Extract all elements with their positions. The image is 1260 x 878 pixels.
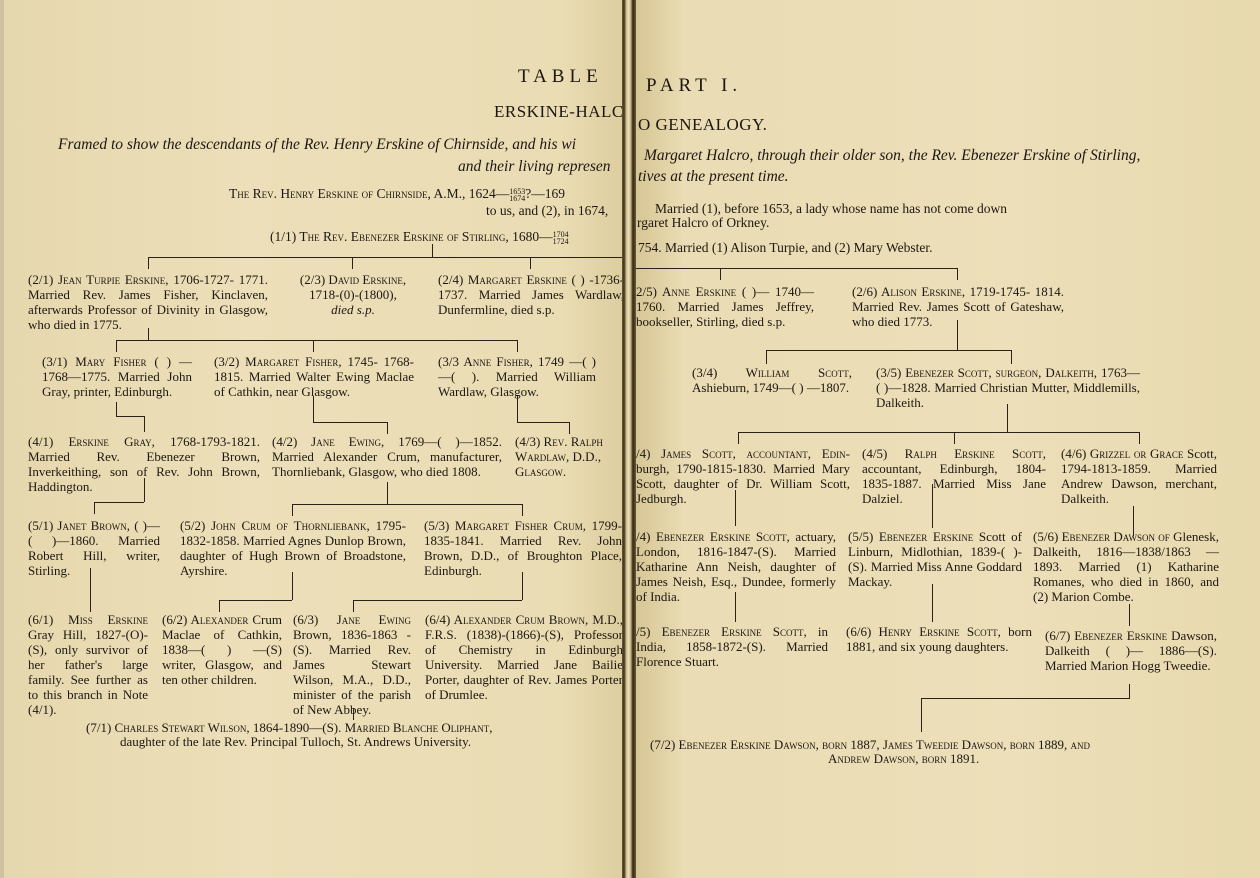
connector	[292, 572, 293, 600]
connector	[94, 502, 95, 514]
connector	[957, 320, 958, 350]
intro-line1-right: Margaret Halcro, through their older son…	[644, 148, 1140, 164]
connector	[313, 340, 314, 352]
entry-6-6: (6/6) Henry Erskine Scott, born 1881, an…	[846, 624, 1032, 654]
connector	[738, 432, 739, 444]
entry-6-1: (6/1) Miss Erskine Gray Hill, 1827-(O)-(…	[28, 612, 148, 717]
connector	[517, 340, 518, 352]
connector	[353, 600, 522, 601]
entry-2-4: (2/4) Margaret Erskine ( ) -1736-1737. M…	[438, 272, 624, 317]
connector	[738, 432, 1140, 433]
connector	[735, 490, 736, 526]
entry-5-2: (5/2) John Crum of Thornliebank, 1795-18…	[180, 518, 406, 578]
connector	[148, 257, 149, 269]
connector	[90, 568, 91, 612]
entry-7-1-cont: daughter of the late Rev. Principal Tull…	[120, 734, 620, 749]
connector	[352, 257, 353, 269]
entry-3-4: (3/4) William Scott, Ashieburn, 1749—( )…	[692, 365, 852, 395]
intro-line2-right: tives at the present time.	[638, 169, 789, 185]
connector	[921, 698, 922, 732]
connector	[957, 268, 958, 280]
part-heading: PART I.	[646, 76, 742, 95]
connector	[292, 504, 522, 505]
connector	[517, 422, 569, 423]
connector	[219, 600, 292, 601]
entry-2-5: 2/5) Anne Erskine ( )— 1740—1760. Marrie…	[636, 284, 814, 329]
connector	[313, 422, 387, 423]
root-henry-line2: to us, and (2), in 1674,	[486, 204, 608, 218]
connector	[720, 268, 721, 280]
connector	[148, 328, 149, 340]
connector	[116, 340, 117, 352]
entry-4-6: (4/6) Grizzel or Grace Scott, 1794-1813-…	[1061, 446, 1217, 506]
connector	[1007, 404, 1008, 432]
root-henry-right2: rgaret Halcro of Orkney.	[637, 216, 769, 230]
entry-6-3: (6/3) Jane Ewing Brown, 1836-1863 -(S). …	[293, 612, 411, 717]
entry-4-4: /4) James Scott, accountant, Edin- burgh…	[636, 446, 850, 506]
entry-5-5: (5/5) Ebenezer Erskine Scott of Linburn,…	[848, 529, 1022, 589]
connector	[116, 340, 518, 341]
entry-3-2: (3/2) Margaret Fisher, 1745- 1768-1815. …	[214, 354, 414, 399]
genealogy-title-right: O GENEALOGY.	[638, 116, 767, 133]
entry-3-3: (3/3 Anne Fisher, 1749 —( )—( ). Married…	[438, 354, 596, 399]
entry-4-3: (4/3) Rev. Ralph Wardlaw, D.D., Glasgow.	[515, 434, 621, 479]
connector	[954, 432, 955, 444]
intro-line2-left: and their living represen	[458, 159, 611, 175]
entry-6-7: (6/7) Ebenezer Erskine Dawson, Dalkeith …	[1045, 628, 1217, 673]
connector	[353, 600, 354, 612]
connector	[1139, 432, 1140, 444]
connector	[219, 600, 220, 612]
connector	[144, 416, 145, 432]
entry-7-2-cont: Andrew Dawson, born 1891.	[828, 751, 1128, 766]
table-heading: TABLE	[518, 67, 603, 86]
connector	[94, 502, 144, 503]
connector	[116, 416, 144, 417]
connector	[517, 396, 518, 422]
connector	[387, 482, 388, 504]
root-ebenezer-right: 754. Married (1) Alison Turpie, and (2) …	[638, 241, 933, 255]
entry-2-3: (2/3) David Erskine,1718-(0)-(1800),died…	[288, 272, 418, 317]
connector	[144, 478, 145, 502]
entry-6-2: (6/2) Alexander Crum Maclae of Cathkin, …	[162, 612, 282, 687]
entry-6-4: (6/4) Alexander Crum Brown, M.D., F.R.S.…	[425, 612, 623, 702]
page-edge	[0, 0, 4, 878]
connector	[636, 268, 958, 269]
connector	[432, 244, 433, 258]
connector	[932, 584, 933, 622]
connector	[921, 698, 1130, 699]
date-fraction: 16531674	[509, 188, 525, 202]
connector	[1129, 684, 1130, 698]
entry-5-3: (5/3) Margaret Fisher Crum, 1799-1835-18…	[424, 518, 622, 578]
connector	[766, 350, 1012, 351]
root-henry-erskine: The Rev. Henry Erskine of Chirnside, A.M…	[229, 187, 565, 202]
connector	[932, 484, 933, 528]
connector	[766, 350, 767, 364]
connector	[116, 402, 117, 416]
connector	[313, 396, 314, 422]
connector	[522, 504, 523, 516]
connector	[522, 572, 523, 600]
entry-6-5: /5) Ebenezer Erskine Scott, in India, 18…	[636, 624, 828, 669]
connector	[569, 422, 570, 434]
entry-4-5: (4/5) Ralph Erskine Scott, accountant, E…	[862, 446, 1046, 506]
entry-2-1: (2/1) Jean Turpie Erskine, 1706-1727- 17…	[28, 272, 268, 332]
connector	[735, 592, 736, 622]
connector	[530, 257, 531, 269]
entry-5-1: (5/1) Janet Brown, ( )—( )—1860. Married…	[28, 518, 160, 578]
entry-7-2: (7/2) Ebenezer Erskine Dawson, born 1887…	[650, 737, 1210, 752]
root-henry-right1: Married (1), before 1653, a lady whose n…	[655, 202, 1007, 216]
date-fraction: 17041724	[553, 231, 569, 245]
connector	[148, 257, 622, 258]
genealogy-title-left: ERSKINE-HALC	[494, 103, 624, 120]
entry-3-1: (3/1) Mary Fisher ( ) —1768—1775. Marrie…	[42, 354, 192, 399]
root-ebenezer-erskine: (1/1) The Rev. Ebenezer Erskine of Stirl…	[270, 230, 569, 245]
intro-line1-left: Framed to show the descendants of the Re…	[58, 137, 576, 153]
entry-4-2: (4/2) Jane Ewing, 1769—( )—1852. Married…	[272, 434, 502, 479]
connector	[387, 422, 388, 434]
entry-7-1: (7/1) Charles Stewart Wilson, 1864-1890—…	[86, 720, 606, 735]
entry-5-6: (5/6) Ebenezer Dawson of Glenesk, Dalkei…	[1033, 529, 1219, 604]
connector	[292, 504, 293, 516]
connector	[353, 708, 354, 720]
connector	[1011, 350, 1012, 364]
connector	[1129, 604, 1130, 626]
book-gutter	[622, 0, 636, 878]
